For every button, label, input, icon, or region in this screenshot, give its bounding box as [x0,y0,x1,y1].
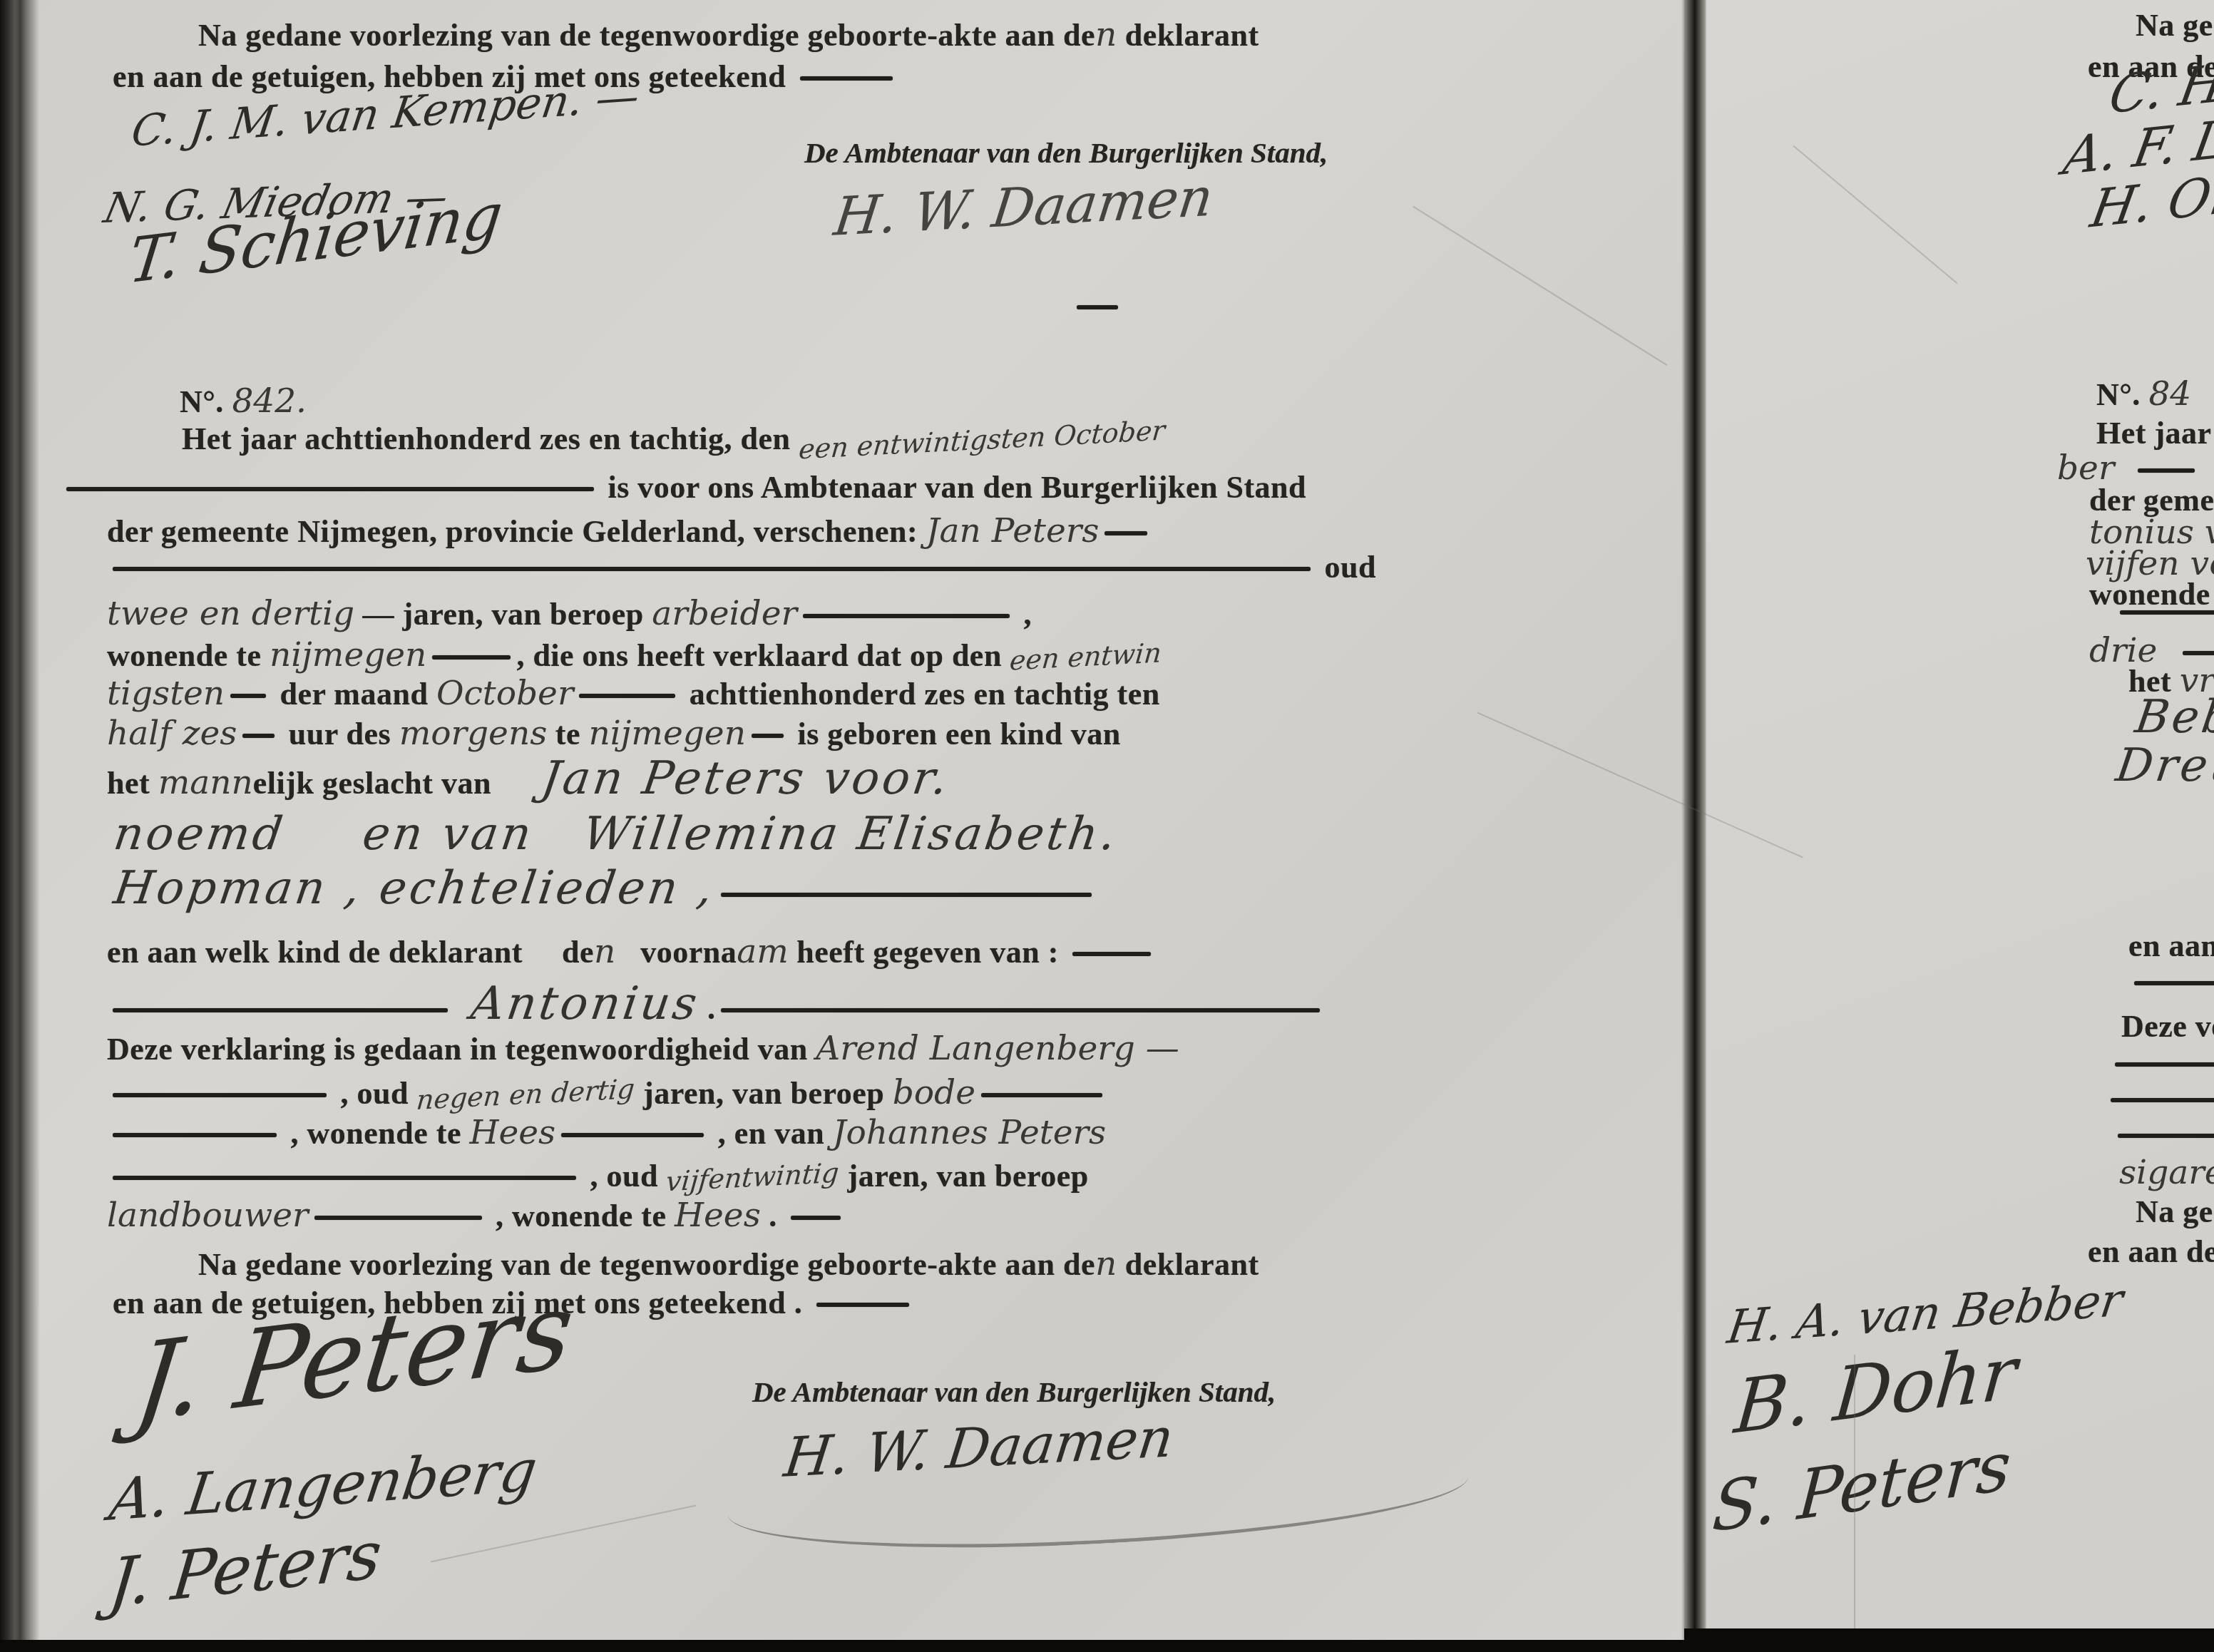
handwritten-text: am [737,932,789,971]
fill-line [113,1176,576,1180]
handwritten-text: n [1095,1244,1117,1283]
scan-bottom-bar-right [1684,1628,2214,1652]
printed-text: — jaren, van beroep [354,597,652,632]
handwritten-text: ber [2057,448,2114,488]
fill-line [2118,1134,2214,1138]
act-line: wonende te [2089,578,2214,612]
fill-line [791,1216,841,1220]
printed-text: jaren, van beroep [839,1159,1089,1194]
fill-line [2115,1062,2214,1067]
act-line: en aan welk [2128,929,2214,963]
fill-line [242,734,275,738]
handwritten-text: Hopman , echtelieden , [111,864,718,913]
act-line [2114,610,2214,624]
registrar-heading-bottom: De Ambtenaar van den Burgerlijken Stand, [752,1375,1276,1409]
printed-text: , oud [332,1076,416,1111]
act-line: twee en dertig — jaren, van beroep arbei… [107,596,1032,632]
printed-text: , [1015,597,1032,632]
handwritten-text: sigaren [2119,1153,2214,1192]
fill-line [721,893,1092,897]
printed-text: Na geda [2136,8,2214,43]
scan-bottom-bar-left [0,1640,1684,1652]
act-line: Na geda [2136,1195,2214,1229]
act-line: ber [2057,451,2214,487]
fill-line [981,1093,1102,1097]
act-line: , oud vijfentwintig jaren, van beroep [107,1159,1089,1194]
act-line: wonende te nijmegen, die ons heeft verkl… [107,637,1162,674]
printed-text: , wonende te [488,1199,675,1233]
fill-line [752,734,784,738]
handwritten-text: noemd [111,810,288,859]
paper-fold-mark [1854,1355,1855,1640]
act-line: Deze verklari [2121,1010,2214,1044]
act-line [2128,981,2214,995]
handwritten-text: Hees [469,1113,555,1152]
act-line: Bebbe [2136,693,2214,742]
printed-text: te [547,717,588,751]
fill-line [2111,1098,2214,1102]
handwritten-text: Bebbe [2132,693,2214,742]
printed-text: is geboren een kind van [789,717,1121,751]
printed-text: heeft gegeven van : [789,935,1067,970]
printed-text: uur des [280,717,399,751]
printed-text: Het jaar [2096,416,2212,451]
printed-text: . [761,1199,786,1233]
printed-text: , wonende te [282,1116,469,1151]
act-line: Het jaar achttienhonderd zes en tachtig,… [182,422,1165,456]
binding-gutter [1681,0,1707,1652]
prev-closing-line: Na gedane voorlezing van de tegenwoordig… [198,17,1259,53]
act-line: en aan de ge [2088,1235,2214,1269]
fill-line [432,655,511,660]
handwritten-text: landbouwer [107,1196,309,1235]
handwritten-text: tigsten [107,674,225,713]
printed-text: Na geda [2136,1194,2214,1229]
fill-line [1077,305,1118,309]
printed-text: jaren, van beroep [635,1076,893,1111]
act-line: , oud negen en dertig jaren, van beroep … [107,1075,1108,1112]
handwritten-text: en van [359,810,537,859]
act-line [2105,1098,2214,1112]
handwritten-text: arbeider [652,594,797,633]
handwritten-text: 842. [232,381,307,421]
printed-text: , en van [709,1116,832,1151]
printed-text: , die ons heeft verklaard dat op den [516,638,1010,673]
printed-text: deklarant [1117,18,1259,53]
printed-text: voorna [640,935,737,970]
printed-text: en aan welk [2128,928,2214,963]
handwritten-text: vijfentwintig [665,1159,841,1197]
act-line: Na gedane voorlezing van de tegenwoordig… [198,1246,1259,1283]
handwritten-text: een entwin [1009,638,1163,675]
fill-line [314,1216,482,1220]
handwritten-text: morgens [399,714,548,753]
act-line: Het jaar [2096,416,2212,451]
printed-text: der maand [272,677,436,712]
act-line: Deze verklaring is gedaan in tegenwoordi… [107,1031,1179,1067]
printed-text: oud [1316,550,1376,585]
fill-line [230,694,266,698]
printed-text: elijk geslacht van [253,766,500,801]
fill-line [113,1008,448,1012]
act-line: en aan welk kind de deklarantdenvoornaam… [107,934,1157,970]
handwritten-text: n [1095,15,1117,54]
fill-line [579,694,675,698]
act-line: , wonende te Hees , en van Johannes Pete… [107,1115,1106,1151]
act-line: tigsten der maand October achttienhonder… [107,676,1160,712]
fill-line [113,1093,327,1097]
act-line: Hopman , echtelieden , [114,864,1097,913]
printed-text: der gemeente Nijmegen, provincie Gelderl… [107,514,926,549]
act-line: het mannelijk geslacht van Jan Peters vo… [107,754,950,804]
handwritten-text: Jan Peters voor. [539,754,954,804]
fill-line [1072,952,1151,956]
printed-text: N°. [2096,377,2148,412]
fill-line [1105,531,1147,535]
handwritten-text: half zes [107,714,237,753]
printed-text: en aan de ge [2088,1234,2214,1269]
handwritten-text: October [436,674,573,713]
fill-line [800,76,893,81]
printed-text: Na gedane voorlezing van de tegenwoordig… [198,1247,1095,1282]
act-line: Dreum [2116,742,2214,791]
act-line: landbouwer , wonende te Hees . [107,1198,846,1234]
fill-line [2134,981,2214,985]
act-number: N°. 842. [180,384,307,420]
handwritten-text: Arend Langenberg — [816,1029,1179,1068]
handwritten-text: negen en dertig [416,1074,636,1115]
handwritten-text: nijmegen [270,635,426,674]
book-edge [0,0,39,1652]
handwritten-text: Hees [675,1196,761,1235]
handwritten-text: Willemina Elisabeth. [580,810,1121,859]
pen-dash [1071,305,1124,319]
printed-text: N°. [180,384,232,419]
act-line: oud [107,550,1376,585]
printed-text: is voor ons Ambtenaar van den Burgerlijk… [600,470,1306,505]
printed-text: wonende te [107,638,270,673]
printed-text: deklarant [1117,1247,1259,1282]
act-line: is voor ons Ambtenaar van den Burgerlijk… [61,471,1306,505]
printed-text: Deze verklari [2121,1009,2214,1044]
act-line: noemden vanWillemina Elisabeth. [114,810,1118,859]
fill-line [816,1303,909,1307]
prev-closing-line: Na geda [2136,9,2214,43]
fill-line [113,567,1311,571]
scanned-register-spread: Na gedane voorlezing van de tegenwoordig… [0,0,2214,1652]
printed-text: achttienhonderd zes en tachtig ten [681,677,1159,712]
act-line: half zes uur des morgens te nijmegen is … [107,716,1121,752]
act-line: Antonius . [107,980,1326,1029]
act-line [2109,1062,2214,1076]
handwritten-text: Jan Peters [926,511,1100,550]
handwritten-text: Johannes Peters [833,1113,1106,1152]
printed-text: , oud [582,1159,666,1194]
handwritten-text: twee en dertig [107,594,354,633]
act-number: N°. 84 [2096,376,2191,413]
printed-text: Het jaar achttienhonderd zes en tachtig,… [182,421,799,456]
handwritten-text: n [594,932,615,971]
fill-line [113,1133,277,1137]
printed-text: . [699,991,715,1026]
registrar-heading-top: De Ambtenaar van den Burgerlijken Stand, [804,135,1328,170]
fill-line [561,1133,704,1137]
act-line: sigaren [2119,1155,2214,1191]
handwritten-text: Dreum [2113,742,2214,791]
fill-line [803,614,1010,618]
fill-line [2120,610,2214,615]
fill-line [2183,651,2214,655]
handwritten-text: Antonius [468,980,702,1029]
printed-text: Na gedane voorlezing van de tegenwoordig… [198,18,1095,53]
fill-line [721,1008,1320,1012]
act-line [2112,1134,2214,1147]
handwritten-text: mann [158,763,253,802]
printed-text: de [562,935,594,970]
printed-text: en aan welk kind de deklarant [107,935,523,970]
handwritten-text: bode [893,1073,975,1112]
handwritten-text: nijmegen [588,714,745,753]
printed-text: het [107,766,158,801]
act-line: der gemeente Nijmegen, provincie Gelderl… [107,513,1153,550]
printed-text: wonende te [2089,577,2214,612]
printed-text: Deze verklaring is gedaan in tegenwoordi… [107,1032,816,1067]
fill-line [66,487,594,491]
handwritten-text: 84 [2148,374,2191,414]
fill-line [2138,468,2195,473]
